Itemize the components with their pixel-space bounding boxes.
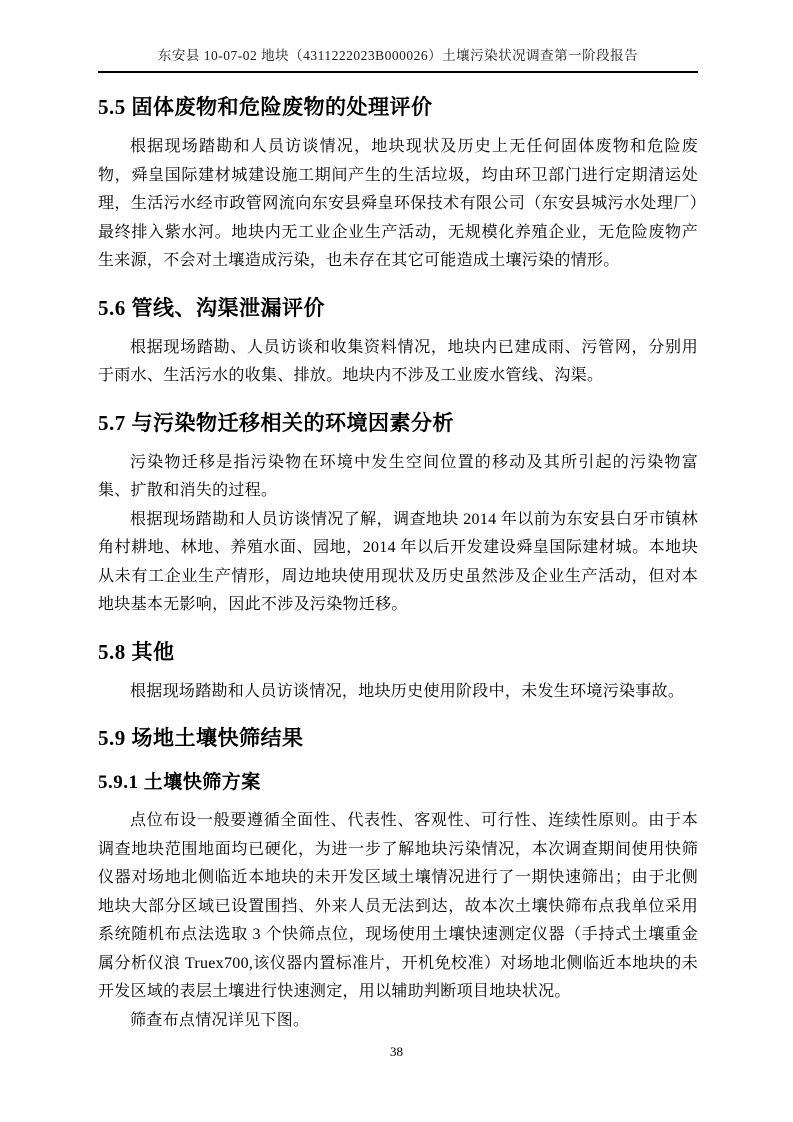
- paragraph-5-9-1-2: 筛查布点情况详见下图。: [98, 1007, 698, 1036]
- section-heading-5-9: 5.9 场地土壤快筛结果: [98, 723, 698, 753]
- subsection-heading-5-9-1: 5.9.1 土壤快筛方案: [98, 769, 698, 797]
- paragraph-5-7-1: 污染物迁移是指污染物在环境中发生空间位置的移动及其所引起的污染物富集、扩散和消失…: [98, 449, 698, 506]
- page-header: 东安县 10-07-02 地块（4311222023B000026）土壤污染状况…: [98, 46, 698, 73]
- paragraph-5-7-2: 根据现场踏勘和人员访谈情况了解，调查地块 2014 年以前为东安县白牙市镇林角村…: [98, 506, 698, 620]
- paragraph-5-6-1: 根据现场踏勘、人员访谈和收集资料情况，地块内已建成雨、污管网，分别用于雨水、生活…: [98, 334, 698, 391]
- section-heading-5-7: 5.7 与污染物迁移相关的环境因素分析: [98, 408, 698, 438]
- page-number: 38: [390, 1044, 403, 1059]
- report-title: 东安县 10-07-02 地块（4311222023B000026）土壤污染状况…: [158, 48, 638, 63]
- paragraph-5-8-1: 根据现场踏勘和人员访谈情况，地块历史使用阶段中，未发生环境污染事故。: [98, 678, 698, 707]
- page-footer: 38: [0, 1044, 793, 1060]
- section-heading-5-8: 5.8 其他: [98, 637, 698, 667]
- report-page: 东安县 10-07-02 地块（4311222023B000026）土壤污染状况…: [0, 0, 793, 1122]
- page-content: 5.5 固体废物和危险废物的处理评价 根据现场踏勘和人员访谈情况，地块现状及历史…: [98, 73, 698, 1035]
- paragraph-5-5-1: 根据现场踏勘和人员访谈情况，地块现状及历史上无任何固体废物和危险废物，舜皇国际建…: [98, 133, 698, 276]
- paragraph-5-9-1-1: 点位布设一般要遵循全面性、代表性、客观性、可行性、连续性原则。由于本调查地块范围…: [98, 807, 698, 1007]
- section-heading-5-5: 5.5 固体废物和危险废物的处理评价: [98, 92, 698, 122]
- section-heading-5-6: 5.6 管线、沟渠泄漏评价: [98, 293, 698, 323]
